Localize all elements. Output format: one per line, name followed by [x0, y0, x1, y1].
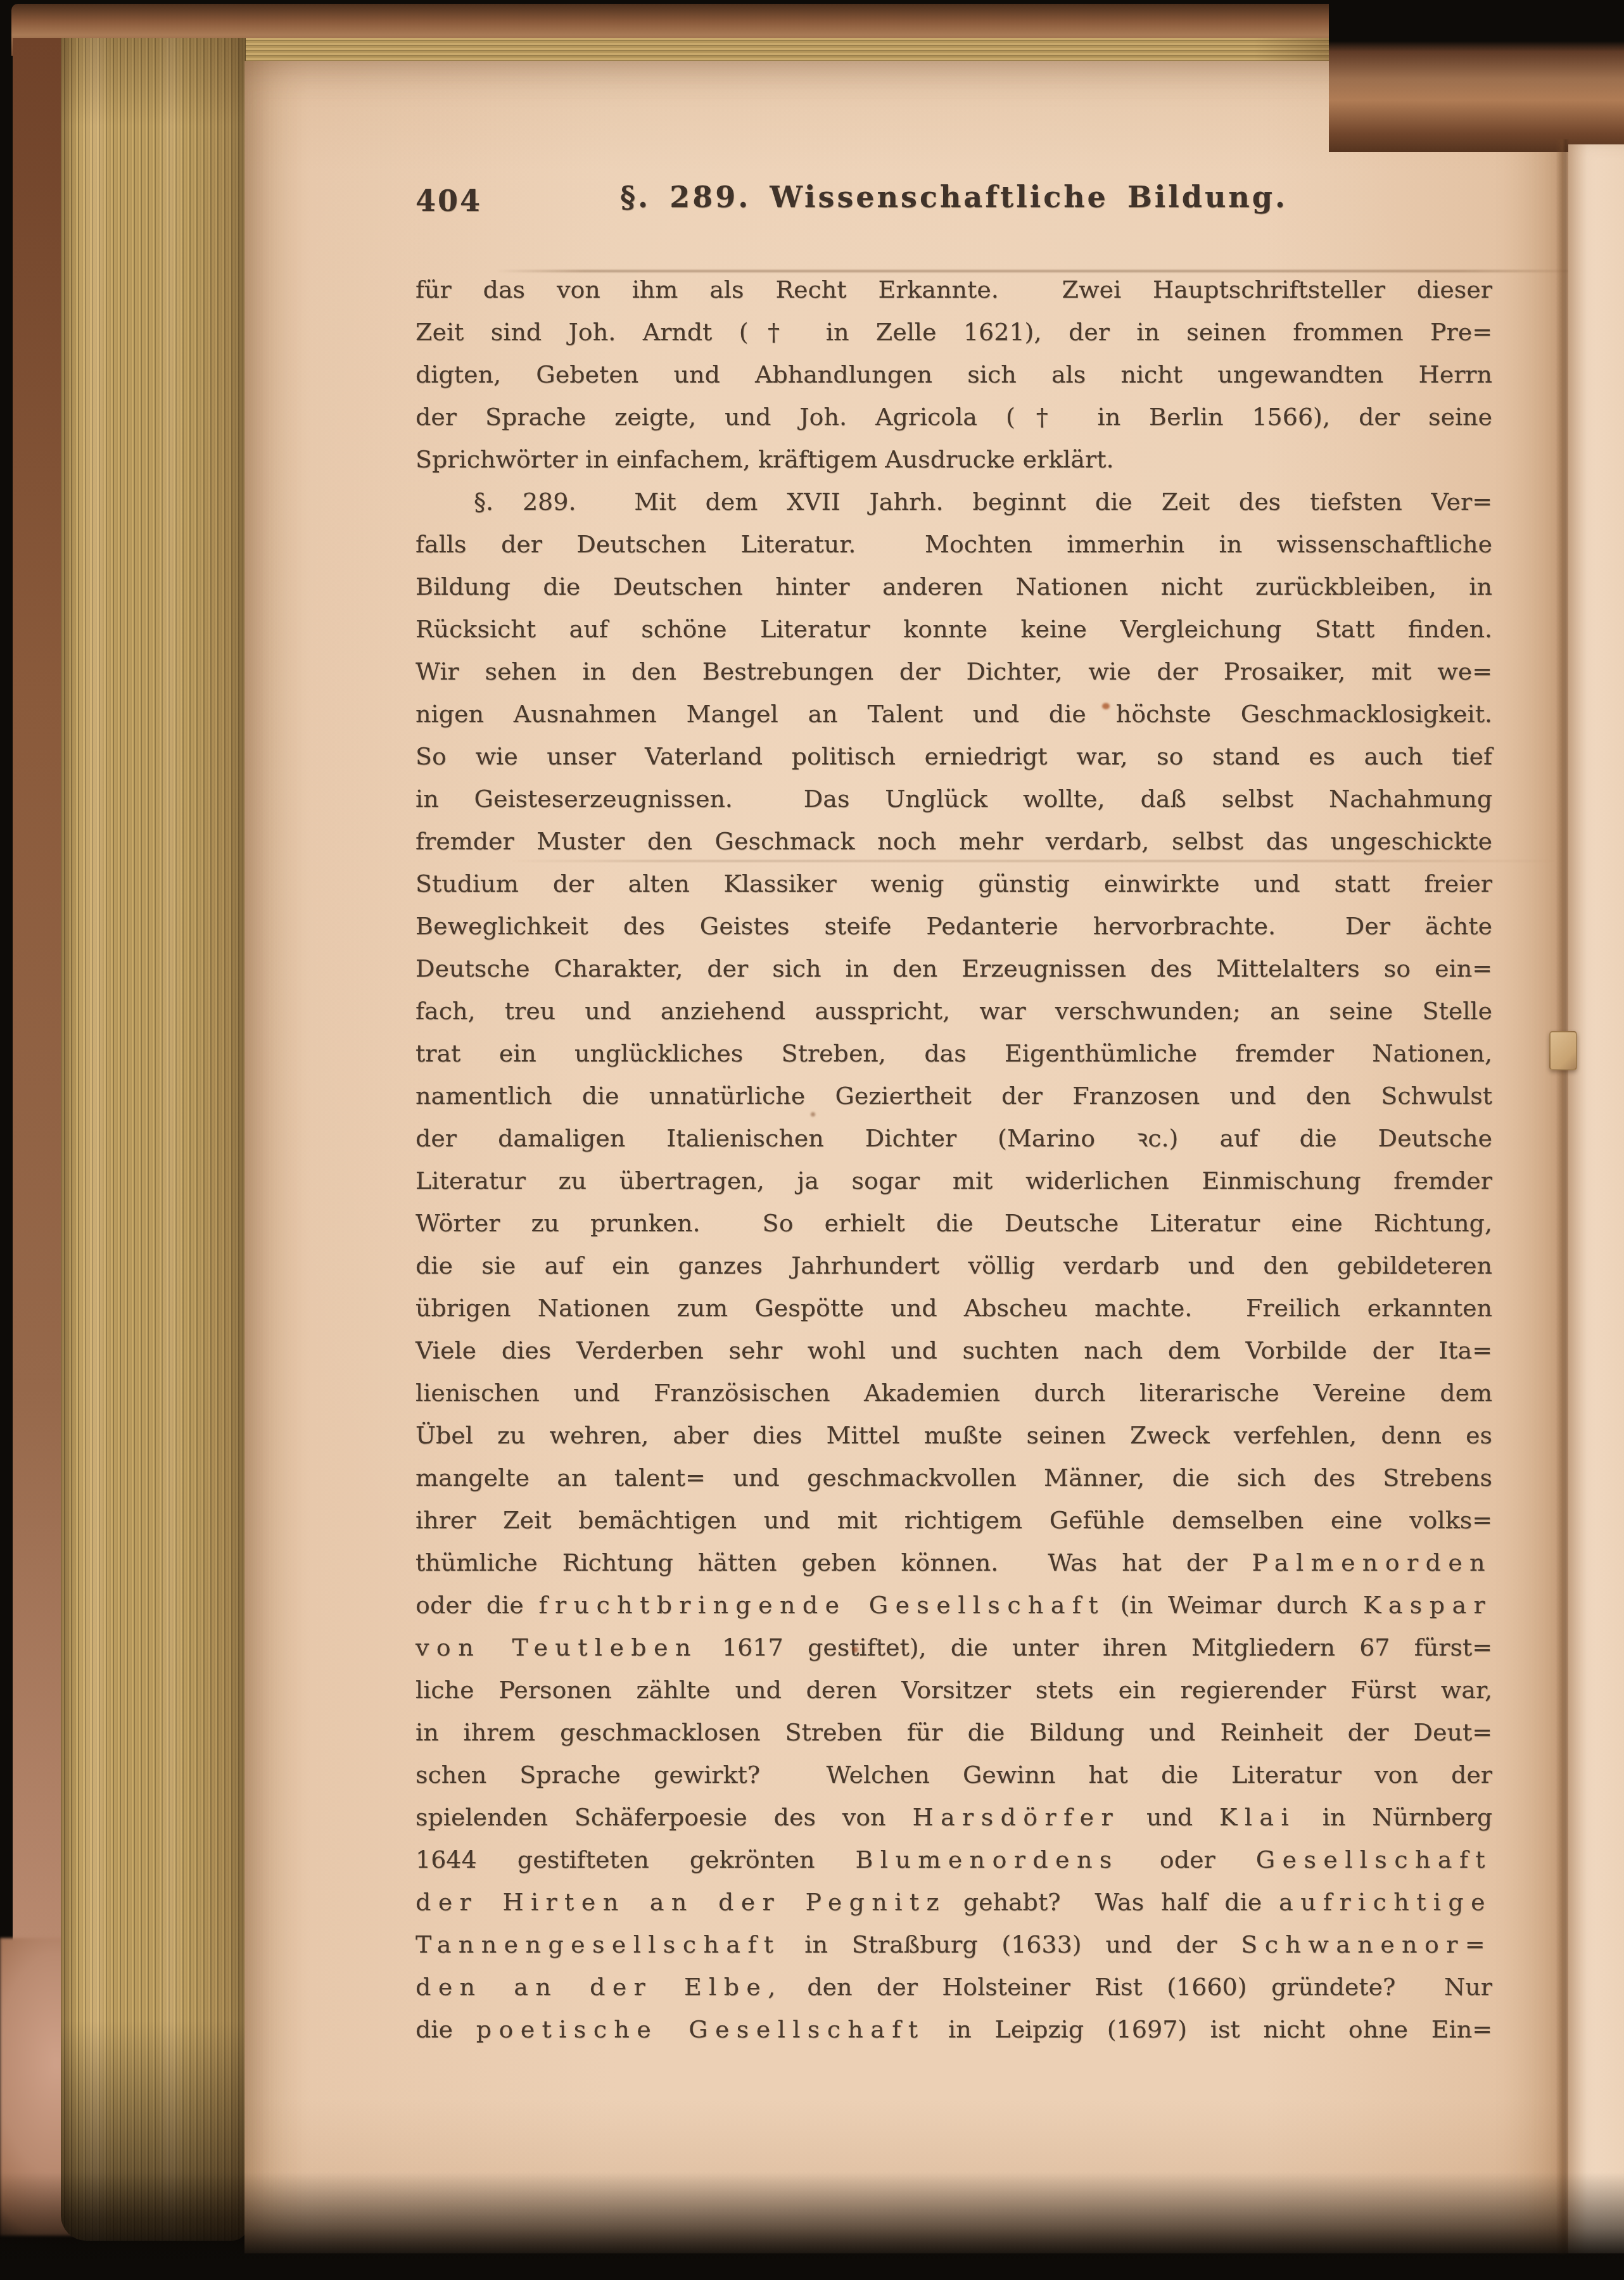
text-line: der Hirten an der Pegnitz gehabt? Was ha…	[416, 1881, 1492, 1923]
text-line: der Sprache zeigte, und Joh. Agricola (†…	[416, 396, 1492, 438]
text-line: für das von ihm als Recht Erkannte. Zwei…	[416, 269, 1492, 311]
page-stack-fore-edge	[61, 38, 248, 2241]
foxing-spot	[1102, 703, 1110, 709]
paragraph: §. 289. Mit dem XVII Jahrh. beginnt die …	[416, 481, 1492, 2051]
text-segment: und	[1120, 1803, 1219, 1831]
emphasized-text-segment: Blumenordens	[856, 1846, 1119, 1873]
text-segment: lienischen und Französischen Akademien d…	[416, 1379, 1492, 1407]
text-segment: Deutsche Charakter, der sich in den Erze…	[416, 954, 1492, 982]
text-segment: So wie unser Vaterland politisch erniedr…	[416, 742, 1492, 770]
crease-line	[497, 270, 1590, 272]
gutter-crease	[1556, 139, 1570, 2255]
text-line: Bildung die Deutschen hinter anderen Nat…	[416, 566, 1492, 608]
page-header: 404 §. 289. Wissenschaftliche Bildung.	[416, 180, 1492, 236]
adjacent-page-edge	[1568, 144, 1624, 2253]
text-line: Viele dies Verderben sehr wohl und sucht…	[416, 1329, 1492, 1372]
page-text: für das von ihm als Recht Erkannte. Zwei…	[416, 269, 1492, 2051]
text-line: lienischen und Französischen Akademien d…	[416, 1372, 1492, 1414]
text-line: Deutsche Charakter, der sich in den Erze…	[416, 947, 1492, 990]
text-segment: den der Holsteiner Rist (1660) gründete?…	[783, 1973, 1492, 2001]
paragraph: für das von ihm als Recht Erkannte. Zwei…	[416, 269, 1492, 481]
emphasized-text-segment: der Hirten an der Pegnitz	[416, 1888, 946, 1916]
text-line: Literatur zu übertragen, ja sogar mit wi…	[416, 1160, 1492, 1202]
text-segment: oder	[1119, 1846, 1256, 1873]
text-line: Tannengesellschaft in Straßburg (1633) u…	[416, 1923, 1492, 1966]
text-line: thümliche Richtung hätten geben können. …	[416, 1542, 1492, 1584]
text-segment: §. 289. Mit dem XVII Jahrh. beginnt die …	[474, 488, 1492, 516]
text-line: 1644 gestifteten gekrönten Blumenordens …	[416, 1839, 1492, 1881]
text-line: von Teutleben 1617 gestiftet), die unter…	[416, 1626, 1492, 1669]
text-segment: in Nürnberg	[1296, 1803, 1492, 1831]
text-line: in Geisteserzeugnissen. Das Unglück woll…	[416, 778, 1492, 820]
text-segment: in Geisteserzeugnissen. Das Unglück woll…	[416, 785, 1492, 813]
text-line: fach, treu und anziehend ausspricht, war…	[416, 990, 1492, 1032]
section-header: §. 289. Wissenschaftliche Bildung.	[416, 180, 1492, 214]
text-segment: der Sprache zeigte, und Joh. Agricola (†…	[416, 403, 1492, 431]
text-segment: für das von ihm als Recht Erkannte. Zwei…	[416, 275, 1492, 303]
text-line: oder die fruchtbringende Gesellschaft (i…	[416, 1584, 1492, 1626]
text-segment: 1644 gestifteten gekrönten	[416, 1846, 856, 1873]
emphasized-text-segment: Kaspar	[1363, 1591, 1492, 1619]
text-segment: Beweglichkeit des Geistes steife Pedante…	[416, 912, 1492, 940]
text-segment: Rücksicht auf schöne Literatur konnte ke…	[416, 615, 1492, 643]
emphasized-text-segment: Harsdörfer	[912, 1803, 1120, 1831]
emphasized-text-segment: fruchtbringende Gesellschaft	[539, 1591, 1105, 1619]
text-line: Studium der alten Klassiker wenig günsti…	[416, 863, 1492, 905]
text-line: Sprichwörter in einfachem, kräftigem Aus…	[416, 438, 1492, 481]
text-segment: trat ein unglückliches Streben, das Eige…	[416, 1039, 1492, 1067]
text-line: in ihrem geschmacklosen Streben für die …	[416, 1711, 1492, 1754]
text-line: ihrer Zeit bemächtigen und mit richtigem…	[416, 1499, 1492, 1542]
emphasized-text-segment: Schwanenor=	[1241, 1930, 1492, 1958]
page-shadow	[0, 2172, 1624, 2280]
emphasized-text-segment: Tannengesellschaft	[416, 1930, 781, 1958]
text-segment: ihrer Zeit bemächtigen und mit richtigem…	[416, 1506, 1492, 1534]
foxing-spot	[811, 1112, 815, 1117]
text-line: Übel zu wehren, aber dies Mittel mußte s…	[416, 1414, 1492, 1457]
text-segment: Wörter zu prunken. So erhielt die Deutsc…	[416, 1209, 1492, 1237]
text-line: spielenden Schäferpoesie des von Harsdör…	[416, 1796, 1492, 1839]
text-segment: fremder Muster den Geschmack noch mehr v…	[416, 827, 1492, 855]
text-line: falls der Deutschen Literatur. Mochten i…	[416, 523, 1492, 566]
text-segment: Zeit sind Joh. Arndt († in Zelle 1621), …	[416, 318, 1492, 346]
book-photo: 404 §. 289. Wissenschaftliche Bildung. f…	[0, 0, 1624, 2280]
text-segment: oder die	[416, 1591, 539, 1619]
foxing-spot	[853, 1647, 858, 1652]
text-line: digten, Gebeten und Abhandlungen sich al…	[416, 353, 1492, 396]
text-line: §. 289. Mit dem XVII Jahrh. beginnt die …	[416, 481, 1492, 523]
text-segment: der damaligen Italienischen Dichter (Mar…	[416, 1124, 1492, 1152]
text-line: die poetische Gesellschaft in Leipzig (1…	[416, 2008, 1492, 2051]
text-line: die sie auf ein ganzes Jahrhundert völli…	[416, 1244, 1492, 1287]
text-segment: digten, Gebeten und Abhandlungen sich al…	[416, 360, 1492, 388]
text-segment: (in Weimar durch	[1105, 1591, 1363, 1619]
text-segment: thümliche Richtung hätten geben können. …	[416, 1548, 1252, 1576]
text-line: nigen Ausnahmen Mangel an Talent und die…	[416, 693, 1492, 735]
text-segment: falls der Deutschen Literatur. Mochten i…	[416, 530, 1492, 558]
text-segment: in ihrem geschmacklosen Streben für die …	[416, 1718, 1492, 1746]
text-segment: in Leipzig (1697) ist nicht ohne Ein=	[925, 2015, 1492, 2043]
emphasized-text-segment: Gesellschaft	[1256, 1846, 1492, 1873]
text-segment: fach, treu und anziehend ausspricht, war…	[416, 997, 1492, 1025]
book-cover-left-edge	[13, 38, 65, 2217]
text-segment: 1617 gestiftet), die unter ihren Mitglie…	[698, 1633, 1492, 1661]
text-segment: Übel zu wehren, aber dies Mittel mußte s…	[416, 1421, 1492, 1449]
text-line: Beweglichkeit des Geistes steife Pedante…	[416, 905, 1492, 947]
text-line: fremder Muster den Geschmack noch mehr v…	[416, 820, 1492, 863]
text-line: So wie unser Vaterland politisch erniedr…	[416, 735, 1492, 778]
text-segment: in Straßburg (1633) und der	[781, 1930, 1241, 1958]
emphasized-text-segment: Palmenorden	[1252, 1548, 1492, 1576]
text-segment: übrigen Nationen zum Gespötte und Absche…	[416, 1294, 1492, 1322]
text-line: liche Personen zählte und deren Vorsitze…	[416, 1669, 1492, 1711]
text-segment: Viele dies Verderben sehr wohl und sucht…	[416, 1336, 1492, 1364]
text-line: Rücksicht auf schöne Literatur konnte ke…	[416, 608, 1492, 650]
text-segment: liche Personen zählte und deren Vorsitze…	[416, 1676, 1492, 1704]
text-line: schen Sprache gewirkt? Welchen Gewinn ha…	[416, 1754, 1492, 1796]
emphasized-text-segment: Klai	[1219, 1803, 1296, 1831]
text-line: mangelte an talent= und geschmackvollen …	[416, 1457, 1492, 1499]
text-segment: Studium der alten Klassiker wenig günsti…	[416, 870, 1492, 897]
text-line: der damaligen Italienischen Dichter (Mar…	[416, 1117, 1492, 1160]
text-segment: gehabt? Was half die	[946, 1888, 1279, 1916]
text-segment: namentlich die unnatürliche Geziertheit …	[416, 1082, 1492, 1110]
book-cover-corner	[1329, 0, 1624, 152]
emphasized-text-segment: aufrichtige	[1279, 1888, 1492, 1916]
text-line: übrigen Nationen zum Gespötte und Absche…	[416, 1287, 1492, 1329]
emphasized-text-segment: den an der Elbe,	[416, 1973, 783, 2001]
text-line: den an der Elbe, den der Holsteiner Rist…	[416, 1966, 1492, 2008]
emphasized-text-segment: poetische Gesellschaft	[476, 2015, 925, 2043]
text-line: namentlich die unnatürliche Geziertheit …	[416, 1075, 1492, 1117]
text-segment: schen Sprache gewirkt? Welchen Gewinn ha…	[416, 1761, 1492, 1789]
text-segment: die sie auf ein ganzes Jahrhundert völli…	[416, 1251, 1492, 1279]
text-line: Zeit sind Joh. Arndt († in Zelle 1621), …	[416, 311, 1492, 353]
text-segment: Bildung die Deutschen hinter anderen Nat…	[416, 573, 1492, 600]
text-segment: Wir sehen in den Bestrebungen der Dichte…	[416, 657, 1492, 685]
text-segment: mangelte an talent= und geschmackvollen …	[416, 1464, 1492, 1491]
crease-line	[511, 860, 1556, 862]
binding-tab	[1549, 1031, 1577, 1070]
text-segment: die	[416, 2015, 476, 2043]
text-line: Wörter zu prunken. So erhielt die Deutsc…	[416, 1202, 1492, 1244]
book-page: 404 §. 289. Wissenschaftliche Bildung. f…	[244, 61, 1570, 2253]
text-line: Wir sehen in den Bestrebungen der Dichte…	[416, 650, 1492, 693]
text-segment: Literatur zu übertragen, ja sogar mit wi…	[416, 1167, 1492, 1194]
emphasized-text-segment: von Teutleben	[416, 1633, 698, 1661]
text-segment: Sprichwörter in einfachem, kräftigem Aus…	[416, 445, 1114, 473]
text-line: trat ein unglückliches Streben, das Eige…	[416, 1032, 1492, 1075]
text-segment: nigen Ausnahmen Mangel an Talent und die…	[416, 700, 1492, 728]
text-segment: spielenden Schäferpoesie des von	[416, 1803, 912, 1831]
